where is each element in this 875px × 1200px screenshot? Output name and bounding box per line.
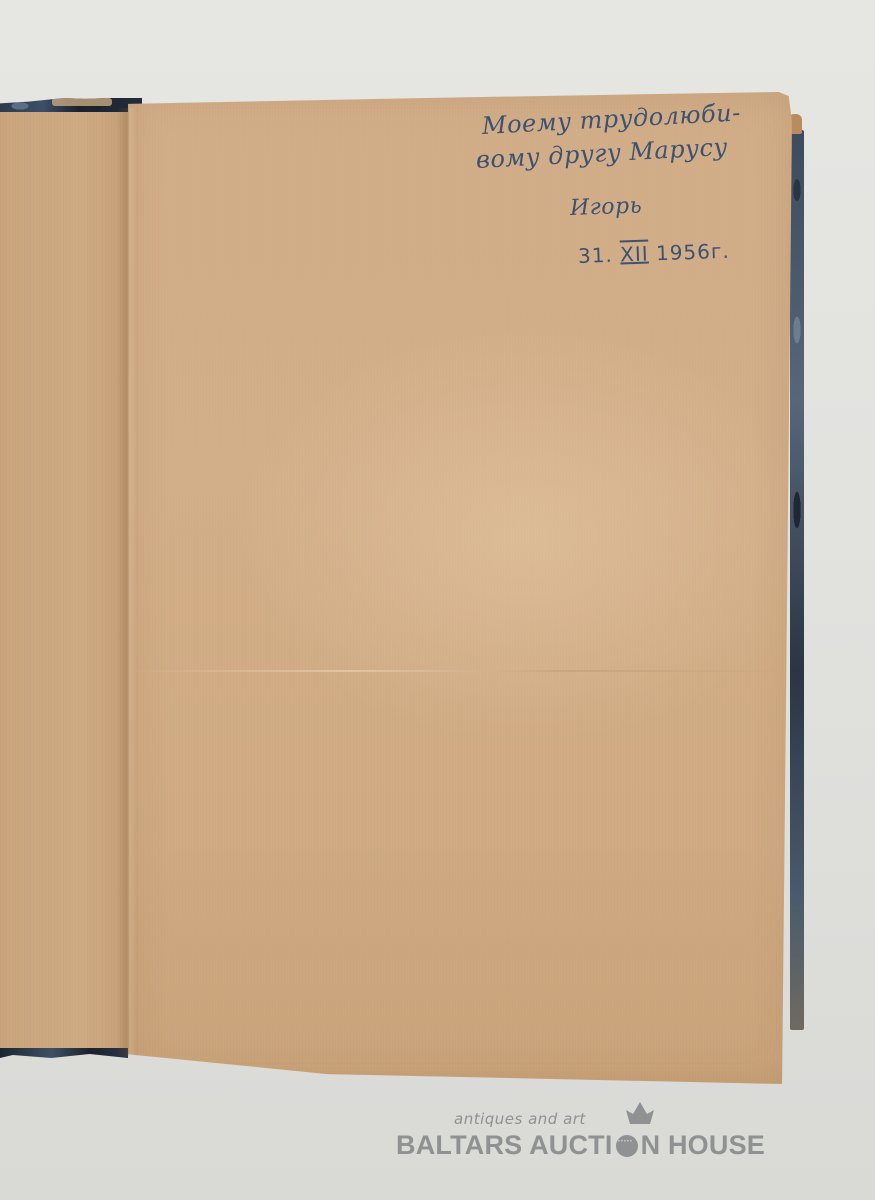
- date-day: 31.: [578, 243, 614, 268]
- book-gutter: [118, 108, 138, 1056]
- date-year: 1956г.: [656, 239, 731, 266]
- crown-icon: [624, 1102, 656, 1124]
- book-cover-right-edge: [790, 130, 804, 1030]
- left-pastedown-page: [0, 112, 130, 1048]
- auction-house-watermark: antiques and art BALTARS AUCTIN HOUSE: [396, 1102, 796, 1172]
- globe-icon: [616, 1135, 638, 1157]
- date-month: XII: [620, 242, 649, 267]
- watermark-name-part-2: N HOUSE: [641, 1130, 765, 1160]
- watermark-name-part-1: BALTARS AUCTI: [396, 1130, 613, 1160]
- torn-cover-edge: [52, 98, 112, 106]
- page-crease: [128, 670, 792, 672]
- photo-scene: Моему трудолюби- вому другу Марусу Игорь…: [0, 0, 875, 1200]
- inscription-signature: Игорь: [570, 193, 643, 221]
- watermark-tagline: antiques and art: [454, 1110, 586, 1128]
- watermark-name: BALTARS AUCTIN HOUSE: [396, 1130, 765, 1161]
